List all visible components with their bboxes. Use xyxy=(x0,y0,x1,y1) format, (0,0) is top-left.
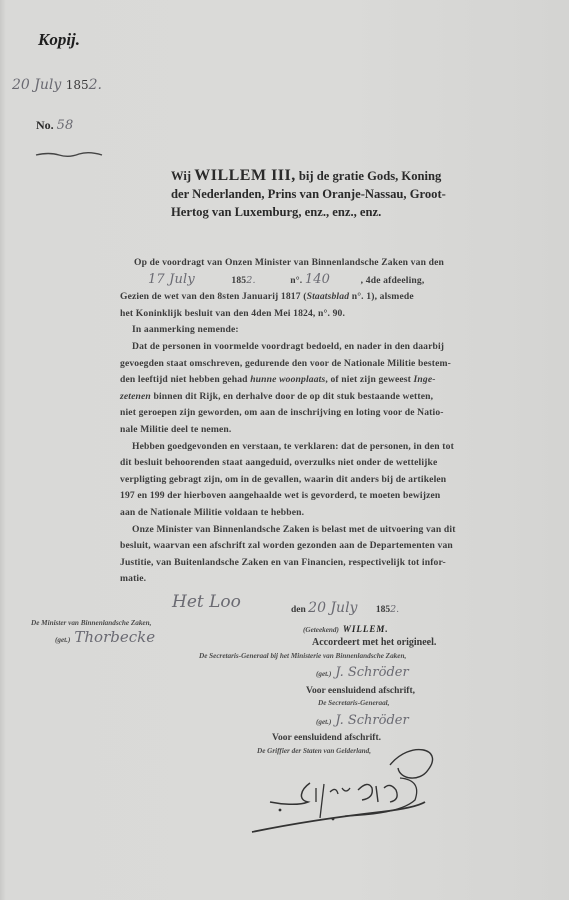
para6-line2: besluit, waarvan een afschrift zal worde… xyxy=(120,538,457,555)
para5-line3: verpligting gebragt zijn, om in de geval… xyxy=(120,472,457,489)
number-label: No. xyxy=(36,118,54,132)
royal-heading: Wij WILLEM III, bij de gratie Gods, Koni… xyxy=(171,167,461,221)
flourish-divider xyxy=(34,150,104,160)
para2-line1: Gezien de wet van den 8sten Januarij 181… xyxy=(120,289,457,306)
para6-line1: Onze Minister van Binnenlandsche Zaken i… xyxy=(120,522,457,539)
ingezetenen-italic-b: zetenen xyxy=(120,391,151,402)
para5-line4: 197 en 199 der hierboven aangehaalde wet… xyxy=(120,488,457,505)
secgen-signature-line: (get.) J. Schröder xyxy=(316,663,409,681)
minister-title: De Minister van Binnenlandsche Zaken, xyxy=(31,619,151,627)
secgen-signature-hand-2: J. Schröder xyxy=(335,713,408,728)
para4-line4: zetenen binnen dit Rijk, en derhalve doo… xyxy=(120,389,457,406)
para1-afdeeling: , 4de afdeeling, xyxy=(333,275,425,286)
signing-date-line: den 20 July 1852. xyxy=(291,600,399,616)
minister-signature-hand: Thorbecke xyxy=(74,628,155,646)
signed-label: (Geteekend) xyxy=(303,626,339,634)
para1-line2: 17 July 1852. n°. 140 , 4de afdeeling, xyxy=(120,272,457,290)
para5-line2: dit besluit behoorenden staat aangeduid,… xyxy=(120,455,457,472)
ingezetenen-italic-a: Inge- xyxy=(414,374,436,385)
secgen-signature-line-2: (get.) J. Schröder xyxy=(316,711,409,729)
signing-year-hand: 2. xyxy=(390,604,399,615)
staatsblad-italic: Staatsblad xyxy=(307,291,350,302)
secgen-signed-label-2: (get.) xyxy=(316,718,331,726)
para1-date-hand: 17 July xyxy=(148,272,195,287)
date-hand: 20 July xyxy=(12,77,61,93)
signing-date-hand: 20 July xyxy=(308,600,357,616)
para4-line2: gevoegden staat omschreven, gedurende de… xyxy=(120,356,457,373)
den-label: den xyxy=(291,605,306,615)
heading-prefix: Wij xyxy=(171,169,191,183)
place-handwritten: Het Loo xyxy=(172,592,241,612)
heading-line3: Hertog van Luxemburg, enz., enz., enz. xyxy=(171,205,381,219)
heading-line1: bij de gratie Gods, Koning xyxy=(299,169,441,183)
para5-line1: Hebben goedgevonden en verstaan, te verk… xyxy=(120,439,457,456)
eensluidend-1: Voor eensluidend afschrift, xyxy=(306,686,415,696)
document-title: Kopij. xyxy=(38,30,80,50)
para1-year-hand: 2. xyxy=(246,275,255,286)
document-number: No. 58 xyxy=(36,118,73,133)
para1-no-label: n°. xyxy=(258,275,302,286)
secgen-signed-label: (get.) xyxy=(316,670,331,678)
minister-signature-line: (get.) Thorbecke xyxy=(55,628,155,647)
para4-line6: nale Militie deel te nemen. xyxy=(120,422,457,439)
para4-l3-a: den leeftijd niet hebben gehad xyxy=(120,374,250,385)
para6-line3: Justitie, van Buitenlandsche Zaken en va… xyxy=(120,555,457,572)
woonplaats-italic: hunne woonplaats xyxy=(250,374,325,385)
para6-line4: matie. xyxy=(120,571,457,588)
para4-line5: niet geroepen zijn geworden, om aan de i… xyxy=(120,405,457,422)
para5-line5: aan de Nationale Militie voldaan te hebb… xyxy=(120,505,457,522)
handwritten-date: 20 July 1852. xyxy=(12,77,102,93)
document-page: Kopij. 20 July 1852. No. 58 Wij WILLEM I… xyxy=(0,0,569,900)
king-signature-line: (Geteekend) WILLEM. xyxy=(303,619,389,637)
year-hand: 2. xyxy=(89,77,102,93)
para4-line3: den leeftijd niet hebben gehad hunne woo… xyxy=(120,372,457,389)
number-value: 58 xyxy=(57,118,74,133)
para4-line1: Dat de personen in voormelde voordragt b… xyxy=(120,339,457,356)
para4-l3-b: , of niet zijn geweest xyxy=(325,374,413,385)
year-print: 185 xyxy=(66,78,89,92)
secgen-title: De Secretaris-Generaal bij het Ministeri… xyxy=(199,652,406,660)
accordeert-line: Accordeert met het origineel. xyxy=(312,637,436,648)
king-name: WILLEM III, xyxy=(194,167,296,184)
para1-line1: Op de voordragt van Onzen Minister van B… xyxy=(120,255,457,272)
para2-line2: het Koninklijk besluit van den 4den Mei … xyxy=(120,306,457,323)
para4-l4-b: binnen dit Rijk, en derhalve door de op … xyxy=(151,391,433,402)
para2-text-b: n°. 1), alsmede xyxy=(349,291,414,302)
signing-year-print: 185 xyxy=(360,605,390,615)
para1-no-hand: 140 xyxy=(305,272,330,287)
decree-body: Op de voordragt van Onzen Minister van B… xyxy=(120,255,457,588)
secgen-signature-hand: J. Schröder xyxy=(335,665,408,680)
king-signature: WILLEM. xyxy=(343,624,389,634)
heading-line2: der Nederlanden, Prins van Oranje-Nassau… xyxy=(171,187,446,201)
griffier-signature-flourish xyxy=(250,740,450,835)
para3: In aanmerking nemende: xyxy=(120,322,457,339)
para1-year-print: 185 xyxy=(197,275,246,286)
secgen-title-2: De Secretaris-Generaal, xyxy=(318,699,389,707)
minister-signed-label: (get.) xyxy=(55,636,70,644)
para2-text-a: Gezien de wet van den 8sten Januarij 181… xyxy=(120,291,307,302)
